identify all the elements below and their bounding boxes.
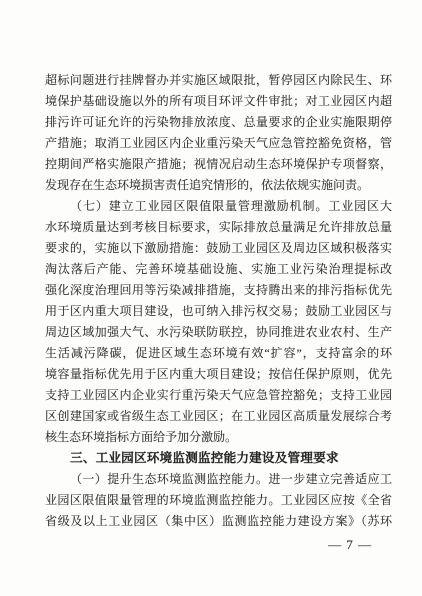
document-page: 超标问题进行挂牌督办并实施区域限批，暂停园区内除民生、环 境保护基础设施以外的所… bbox=[0, 0, 422, 596]
body-line: 用于区内重大项目建设，也可纳入排污权交易；鼓励工业园区与 bbox=[45, 301, 392, 322]
paragraph-first-line: （一）提升生态环境监测监控能力。进一步建立完善适应工 bbox=[45, 469, 392, 490]
body-line: 控期间严格实施限产措施；视情况启动生态环境保护专项督察， bbox=[45, 154, 392, 175]
body-line: 支持工业园区内企业实行重污染天气应急管控豁免；支持工业园 bbox=[45, 385, 392, 406]
body-line: 水环境质量达到考核目标要求，实际排放总量满足允许排放总量 bbox=[45, 217, 392, 238]
body-line: 超标问题进行挂牌督办并实施区域限批，暂停园区内除民生、环 bbox=[45, 70, 392, 91]
item-seven-subheading: （七）建立工业园区限值限量管理激励机制。 bbox=[70, 199, 328, 213]
item-one-subheading: （一）提升生态环境监测监控能力。 bbox=[70, 472, 268, 486]
body-line: 强化深度治理回用等污染减排措施，支持腾出来的排污指标优先 bbox=[45, 280, 392, 301]
body-line: 生活减污降碳，促进区域生态环境有效“扩容”，支持富余的环 bbox=[45, 343, 392, 364]
page-number: — 7 — bbox=[328, 538, 372, 552]
body-line: 省级及以上工业园区（集中区）监测监控能力建设方案》（苏环 bbox=[45, 511, 392, 532]
text-block: 超标问题进行挂牌督办并实施区域限批，暂停园区内除民生、环 境保护基础设施以外的所… bbox=[45, 70, 392, 532]
body-line: 要求的，实施以下激励措施：鼓励工业园区及周边区域积极落实 bbox=[45, 238, 392, 259]
paragraph-first-line: （七）建立工业园区限值限量管理激励机制。工业园区大气、 bbox=[45, 196, 392, 217]
body-line: 排污许可证允许的污染物排放浓度、总量要求的企业实施限期停 bbox=[45, 112, 392, 133]
paragraph-end-line: 核生态环境指标方面给予加分激励。 bbox=[45, 427, 392, 448]
body-line: 区创建国家或省级生态工业园区；在工业园区高质量发展综合考 bbox=[45, 406, 392, 427]
body-line: 淘汰落后产能、完善环境基础设施、实施工业污染治理提标改造、 bbox=[45, 259, 392, 280]
paragraph-end-line: 发现存在生态环境损害责任追究情形的，依法依规实施问责。 bbox=[45, 175, 392, 196]
section-heading: 三、工业园区环境监测监控能力建设及管理要求 bbox=[45, 448, 392, 469]
body-line: 周边区域加强大气、水污染联防联控，协同推进农业农村、生产 bbox=[45, 322, 392, 343]
body-text: 进一步建立完善适应工 bbox=[268, 472, 392, 486]
body-line: 境保护基础设施以外的所有项目环评文件审批；对工业园区内超 bbox=[45, 91, 392, 112]
body-line: 境容量指标优先用于区内重大项目建设；按信任保护原则，优先 bbox=[45, 364, 392, 385]
body-line: 产措施；取消工业园区内企业重污染天气应急管控豁免资格，管 bbox=[45, 133, 392, 154]
body-line: 业园区限值限量管理的环境监测监控能力。工业园区应按《全省 bbox=[45, 490, 392, 511]
